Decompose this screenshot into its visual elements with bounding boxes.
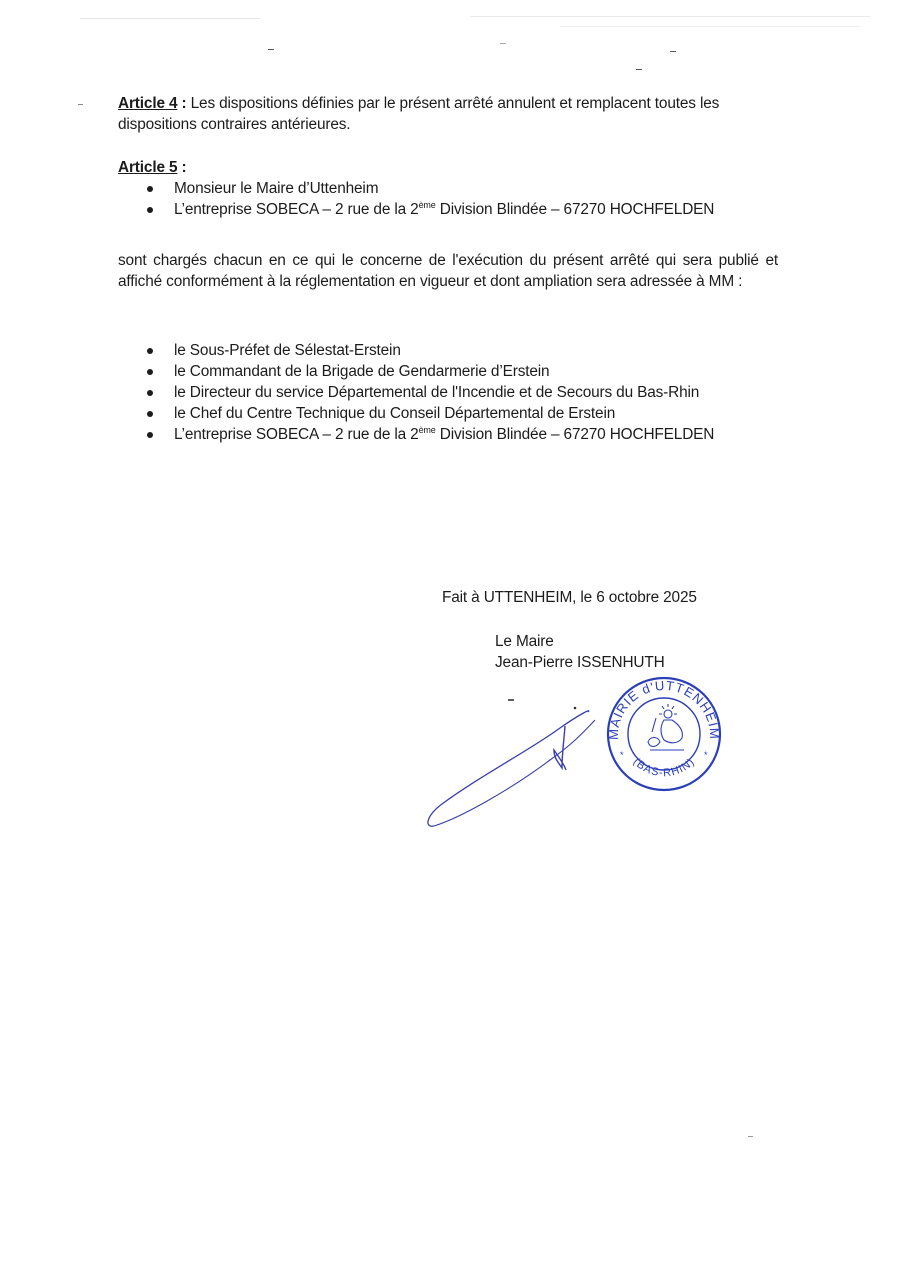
scan-speck [636,69,642,70]
article-5: Article 5 : Monsieur le Maire d’Uttenhei… [118,157,778,220]
bullet-icon [147,348,153,354]
recipients: le Sous-Préfet de Sélestat-Erstein le Co… [118,340,778,445]
svg-text:(BAS-RHIN): (BAS-RHIN) [631,756,698,779]
responsibles-list: Monsieur le Maire d’Uttenheim L’entrepri… [118,178,778,220]
scan-noise [0,0,900,80]
stamp-star-icon: * [704,750,708,760]
bullet-icon [147,432,153,438]
signatory-title: Le Maire [495,631,554,652]
list-item: le Directeur du service Départemental de… [118,382,778,403]
scan-speck [560,26,860,27]
bullet-icon [147,369,153,375]
bullet-icon [147,411,153,417]
mayor-stamp: MAIRIE d'UTTENHEIM (BAS-RHIN) * * [604,674,724,794]
bullet-icon [147,207,153,213]
article-4: Article 4 : Les dispositions définies pa… [118,93,778,135]
scan-speck [268,49,274,50]
stamp-star-icon: * [620,750,624,760]
list-item: L’entreprise SOBECA – 2 rue de la 2ème D… [118,424,778,445]
stamp-emblem-icon [648,704,684,750]
scan-speck [500,43,506,44]
article-5-heading: Article 5 : [118,157,778,178]
scan-speck [470,16,870,17]
article-5-label: Article 5 [118,159,177,176]
list-item: le Chef du Centre Technique du Conseil D… [118,403,778,424]
list-item: le Sous-Préfet de Sélestat-Erstein [118,340,778,361]
document-page: Article 4 : Les dispositions définies pa… [0,0,900,1272]
list-item: le Commandant de la Brigade de Gendarmer… [118,361,778,382]
recipients-list: le Sous-Préfet de Sélestat-Erstein le Co… [118,340,778,445]
bullet-icon [147,390,153,396]
execution-paragraph: sont chargés chacun en ce qui le concern… [118,250,778,292]
scan-speck [670,51,676,52]
signatory-name: Jean-Pierre ISSENHUTH [495,652,665,673]
list-item: Monsieur le Maire d’Uttenheim [118,178,778,199]
article-4-text: Les dispositions définies par le présent… [118,95,719,133]
stamp-bottom-text: (BAS-RHIN) [631,756,698,779]
handwritten-signature [420,690,620,840]
scan-speck [748,1136,753,1137]
list-item: L’entreprise SOBECA – 2 rue de la 2ème D… [118,199,778,220]
place-date: Fait à UTTENHEIM, le 6 octobre 2025 [442,587,697,608]
scan-speck [78,104,83,105]
scan-speck [80,18,260,19]
article-4-label: Article 4 [118,95,177,112]
bullet-icon [147,186,153,192]
